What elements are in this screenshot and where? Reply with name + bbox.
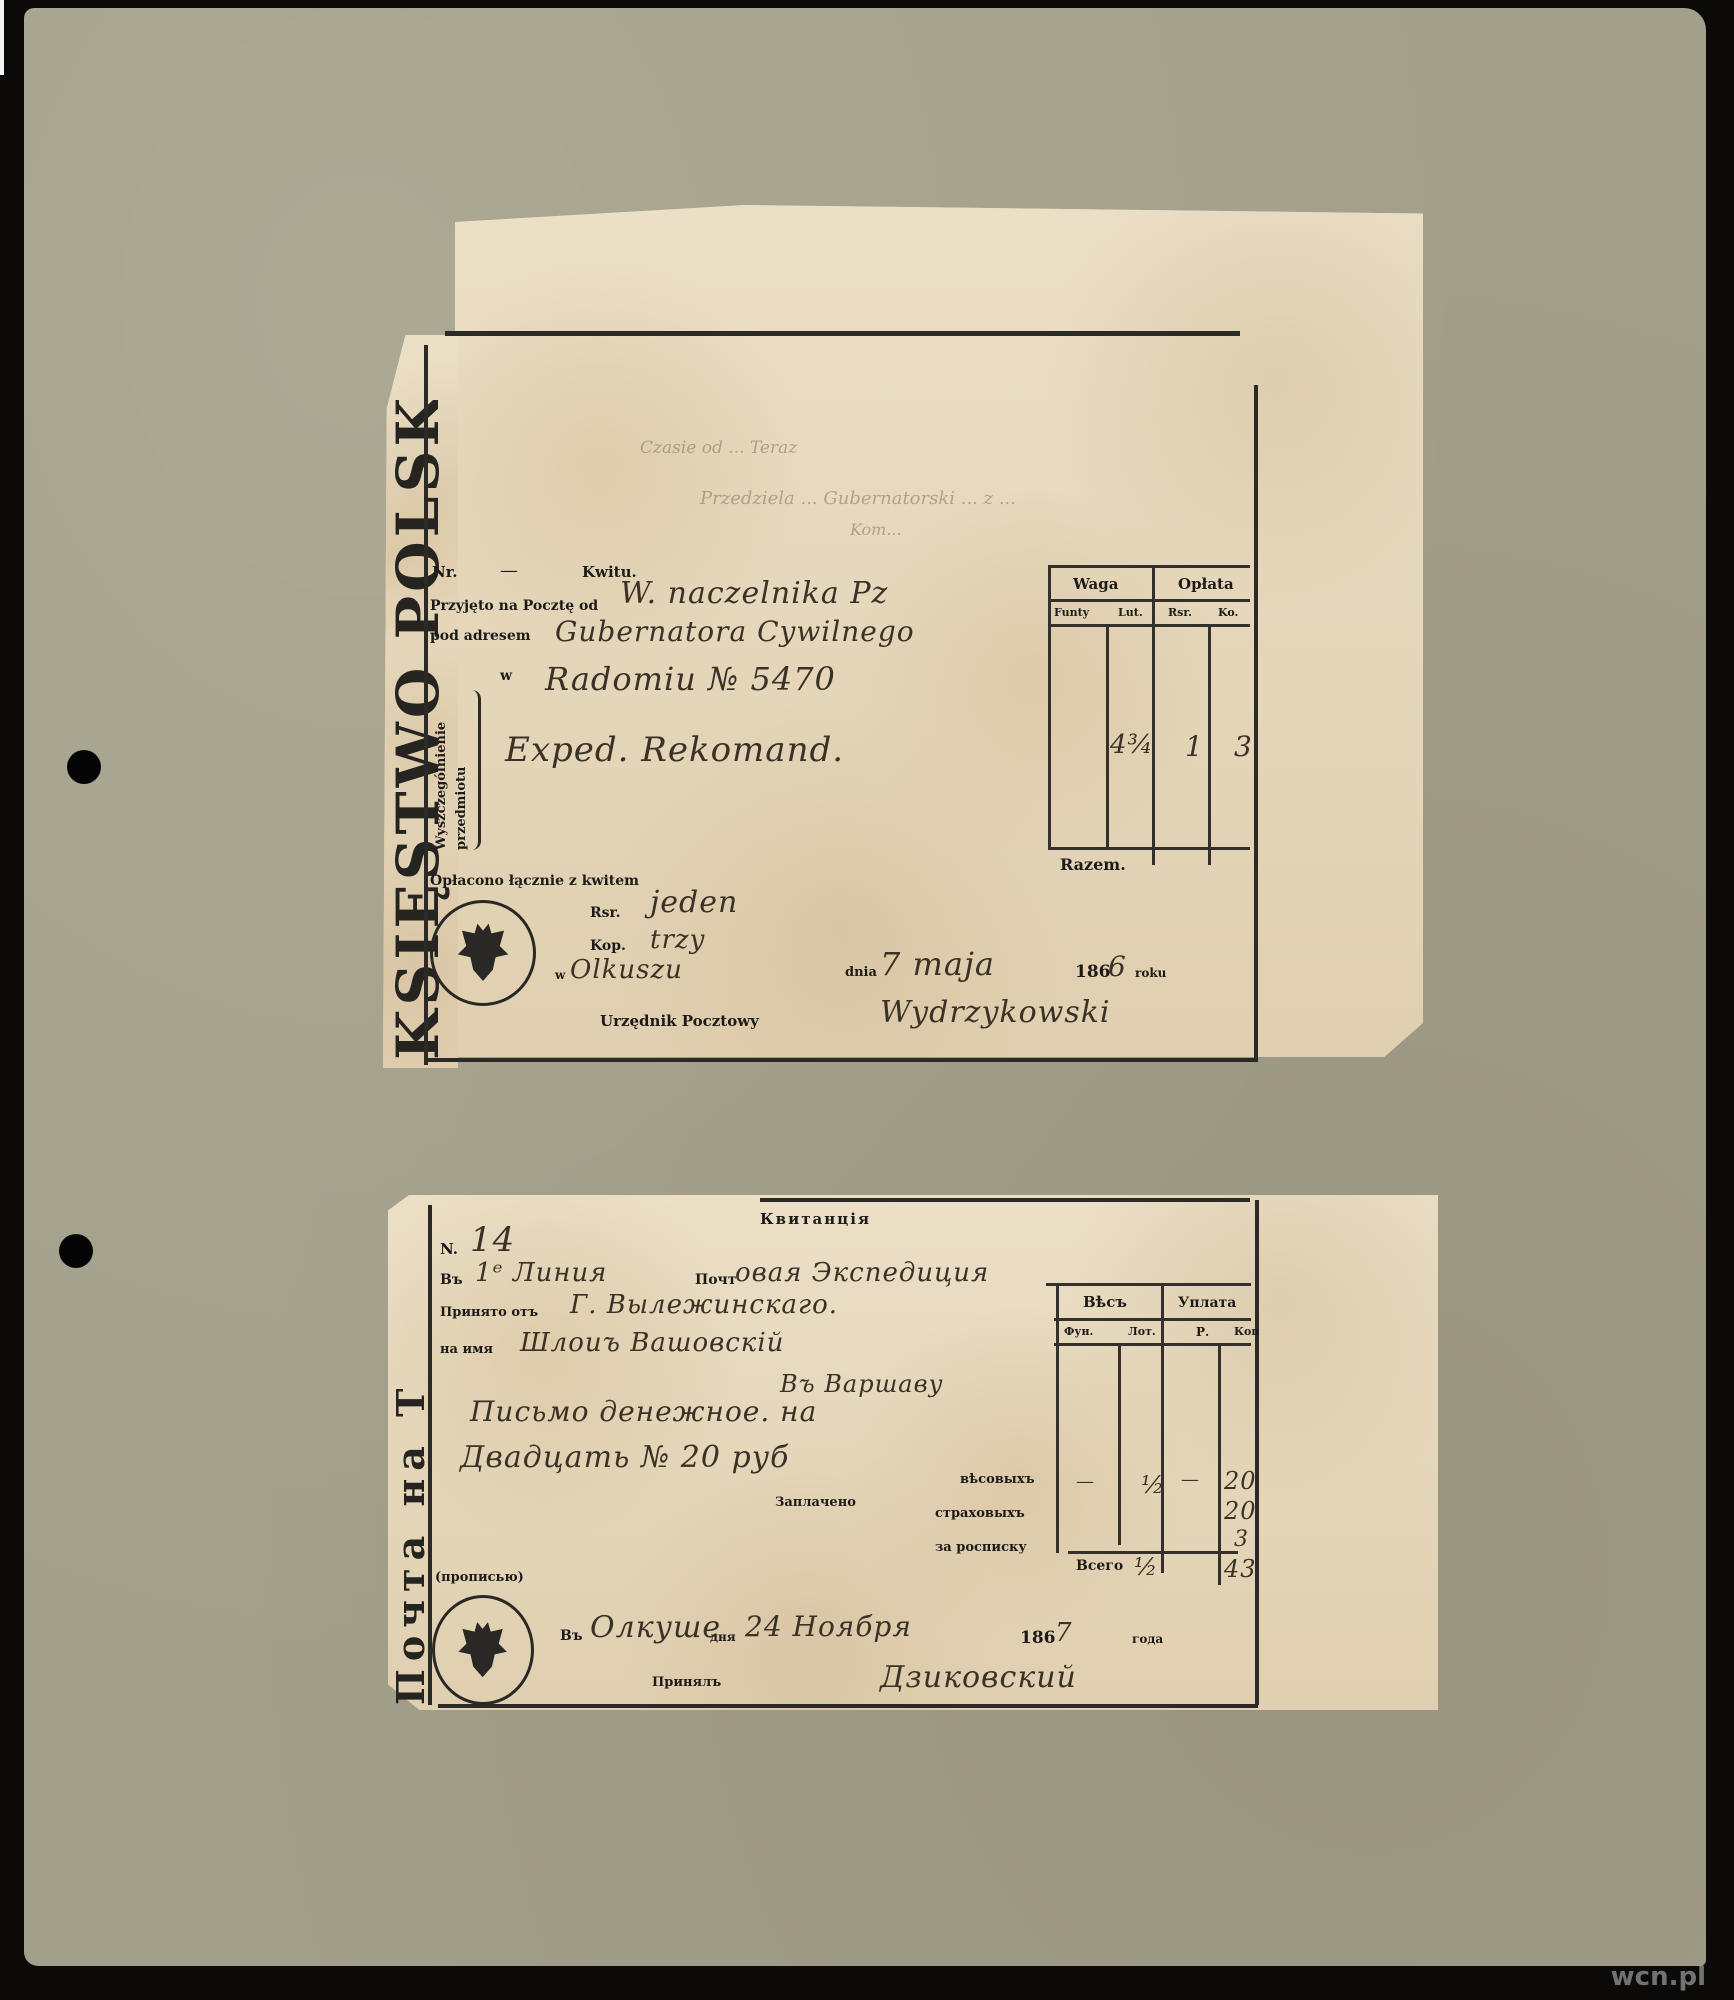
upper-table-total-label: Razem. [1060,855,1126,874]
lower-postal-stamp [432,1595,534,1705]
upper-official-label: Urzędnik Pocztowy [600,1012,759,1030]
watermark: wcn.pl [1611,1962,1706,1992]
lower-dest-value: Въ Варшаву [780,1370,944,1398]
table-col-rule [1106,625,1109,848]
upper-table-col-ko: Ko. [1218,606,1238,619]
lower-left-rule [428,1205,432,1705]
upper-kop-label: Kop. [590,938,626,954]
bleed-through-line-3: Kom... [850,520,902,539]
double-headed-eagle-icon [449,1614,516,1687]
lower-place-value: Олкуше [590,1610,721,1645]
lower-table-r1-r: — [1181,1469,1200,1490]
lower-table-total-weight: ½ [1134,1553,1158,1581]
table-bottom-rule [1048,847,1250,850]
upper-place-label: w [555,968,565,982]
lower-top-rule [760,1198,1250,1202]
upper-received-label: Przyjęto na Pocztę od [430,598,598,614]
upper-rsr-label: Rsr. [590,905,620,921]
lower-post-value: овая Экспедиция [735,1258,989,1288]
lower-item-line-1: Письмо денежное. на [470,1395,817,1428]
upper-date-label: dnia [845,965,877,980]
upper-top-rule [445,331,1240,336]
table-top-rule [1046,1283,1251,1286]
lower-table-total-value: 43 [1224,1555,1257,1583]
lower-table-r1-fun: — [1076,1471,1095,1492]
upper-in-label: w [500,668,512,684]
lower-nr-value: 14 [470,1220,515,1260]
upper-table-group-fee: Opłata [1178,575,1234,593]
bleed-through-line-1: Czasie od ... Teraz [640,438,797,458]
table-left-rule [1048,565,1051,848]
lower-written-label: (прописью) [435,1570,524,1585]
lower-table-r2-kop: 20 [1224,1497,1257,1525]
table-group-rule [1054,1318,1251,1321]
upper-item-brace [472,690,481,850]
lower-table-group-fee: Уплата [1178,1295,1236,1311]
lower-year-suffix: года [1132,1632,1163,1646]
lower-title: Квитанція [760,1210,871,1228]
lower-in-value: 1ᵉ Линия [475,1258,607,1288]
upper-year-value: 6 [1108,950,1127,983]
lower-to-label: на имя [440,1342,493,1357]
upper-right-rule [1254,385,1258,1060]
upper-left-rule [424,345,428,1065]
bleed-through-line-2: Przedziela ... Gubernatorski ... z ... [700,488,1016,509]
lower-nr-label: N. [440,1240,458,1258]
lower-item-line-2: Двадцать № 20 руб [460,1440,789,1475]
table-col-rule [1218,1345,1221,1585]
double-headed-eagle-icon [448,918,518,988]
lower-year-prefix: 186 [1020,1628,1056,1648]
lower-to-value: Шлоиъ Вашовскій [520,1328,784,1358]
lower-fee-label-weight: вѣсовыхъ [960,1472,1035,1487]
table-mid-rule [1152,565,1155,865]
upper-address-value: Gubernatora Cywilnego [555,615,915,648]
lower-from-label: Принято отъ [440,1305,538,1320]
lower-accepted-label: Принялъ [652,1675,721,1690]
table-mid-rule [1161,1283,1164,1573]
upper-date-value: 7 maja [880,945,995,983]
upper-item-value: Exped. Rekomand. [505,730,844,770]
table-top-rule [1048,565,1250,568]
lower-table-col-lot: Лот. [1128,1325,1156,1338]
upper-table-col-rsr: Rsr. [1168,606,1192,619]
upper-table-col-lut: Lut. [1118,606,1143,619]
upper-table-col-funty: Funty [1054,606,1089,619]
upper-year-prefix: 186 [1075,962,1111,982]
lower-place-label: Въ [560,1628,583,1644]
punch-hole-lower [59,1234,93,1268]
upper-paid-label: Opłacono łącznie z kwitem [430,873,639,889]
table-header-rule [1054,1343,1251,1346]
lower-table-total-label: Всего [1076,1558,1123,1574]
upper-official-signature: Wydrzykowski [880,995,1111,1030]
lower-fee-label-insurance: страховыхъ [935,1506,1025,1521]
upper-address-label: pod adresem [430,628,531,644]
upper-fee-table: Waga Opłata Funty Lut. Rsr. Ko. 4¾ 1 3 R… [1048,565,1250,850]
lower-year-value: 7 [1055,1618,1073,1648]
lower-accepted-signature: Дзиковский [880,1660,1077,1695]
lower-fee-table: Вѣсъ Уплата Фун. Лот. Р. Коп — ½ — 20 20… [1046,1283,1256,1583]
table-left-rule [1056,1283,1059,1553]
lower-date-label: дня [710,1630,736,1644]
upper-table-group-weight: Waga [1073,575,1118,593]
upper-bottom-rule [428,1058,1258,1062]
lower-bottom-rule [438,1704,1258,1708]
upper-year-suffix: roku [1135,966,1166,980]
upper-in-value: Radomiu № 5470 [545,660,836,698]
table-header-rule [1048,624,1250,627]
table-col-rule [1208,625,1211,865]
lower-from-value: Г. Вылежинскаго. [570,1290,838,1320]
upper-table-rsr-value: 1 [1185,730,1204,763]
lower-table-r1-kop: 20 [1224,1467,1257,1495]
lower-in-label: Въ [440,1272,463,1288]
lower-side-banner: Почта на Т [388,1195,433,1705]
upper-received-value: W. naczelnika Pz [620,576,888,611]
upper-nr-label: Nr. [432,563,457,581]
lower-table-r1-lot: ½ [1141,1471,1165,1499]
upper-table-lut-value: 4¾ [1110,730,1154,760]
upper-item-label: Wyszczególnienie przedmiotu [432,680,472,850]
punch-hole-upper [67,750,101,784]
lower-table-col-fun: Фун. [1064,1325,1093,1338]
lower-table-col-kop: Коп [1234,1325,1259,1338]
lower-table-col-r: Р. [1196,1325,1209,1339]
lower-sealed-label: Заплачено [775,1495,856,1510]
table-group-rule [1048,599,1250,602]
lower-table-r3-kop: 3 [1234,1527,1249,1552]
upper-place-value: Olkuszu [570,955,683,985]
lower-post-label: Почт [695,1272,736,1288]
lower-fee-label-receipt: за росписку [935,1540,1027,1555]
upper-table-ko-value: 3 [1234,730,1253,763]
lower-date-value: 24 Ноября [745,1610,912,1643]
upper-postal-stamp [430,900,536,1006]
scan-edge-mark [0,0,4,75]
upper-kop-value: trzy [650,925,705,955]
upper-nr-value: — [500,560,518,581]
upper-rsr-value: jeden [650,885,738,920]
lower-table-group-weight: Вѣсъ [1083,1293,1127,1311]
table-col-rule [1118,1345,1121,1545]
